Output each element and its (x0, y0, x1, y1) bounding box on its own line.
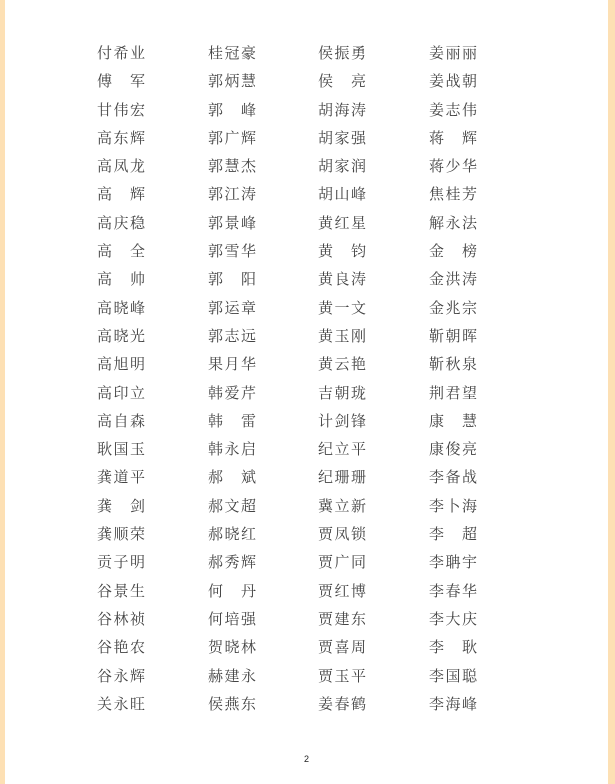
name-entry: 黄云艳 (318, 350, 366, 378)
name-entry: 甘伟宏 (97, 96, 145, 124)
name-entry: 李聃宇 (429, 548, 477, 576)
name-entry: 解永法 (429, 209, 477, 237)
name-entry: 李春华 (429, 577, 477, 605)
name-entry: 谷景生 (97, 577, 145, 605)
name-entry: 高自森 (97, 407, 145, 435)
name-entry: 韩永启 (208, 435, 256, 463)
document-page: 付希业傅军甘伟宏高东辉高凤龙高辉高庆稳高全高帅高晓峰高晓光高旭明高印立高自森耿国… (5, 0, 608, 784)
name-entry: 金兆宗 (429, 294, 477, 322)
name-entry: 贾玉平 (318, 662, 366, 690)
name-column-4: 姜丽丽姜战朝姜志伟蒋辉蒋少华焦桂芳解永法金榜金洪涛金兆宗靳朝晖靳秋泉荆君望康慧康… (429, 39, 477, 718)
name-entry: 贺晓林 (208, 633, 256, 661)
name-entry: 何培强 (208, 605, 256, 633)
name-entry: 胡家润 (318, 152, 366, 180)
name-entry: 侯燕东 (208, 690, 256, 718)
name-entry: 谷艳农 (97, 633, 145, 661)
name-entry: 果月华 (208, 350, 256, 378)
name-column-2: 桂冠豪郭炳慧郭峰郭广辉郭慧杰郭江涛郭景峰郭雪华郭阳郭运章郭志远果月华韩爱芹韩雷韩… (208, 39, 256, 718)
name-entry: 龚道平 (97, 463, 145, 491)
name-entry: 龚剑 (97, 492, 145, 520)
name-entry: 关永旺 (97, 690, 145, 718)
name-entry: 高印立 (97, 379, 145, 407)
name-column-3: 侯振勇侯亮胡海涛胡家强胡家润胡山峰黄红星黄钧黄良涛黄一文黄玉刚黄云艳吉朝珑计剑锋… (318, 39, 366, 718)
name-entry: 黄钧 (318, 237, 366, 265)
name-entry: 姜春鹤 (318, 690, 366, 718)
name-entry: 李耿 (429, 633, 477, 661)
name-entry: 贾广同 (318, 548, 366, 576)
name-entry: 郭运章 (208, 294, 256, 322)
name-entry: 贾红博 (318, 577, 366, 605)
name-entry: 贡子明 (97, 548, 145, 576)
name-entry: 高东辉 (97, 124, 145, 152)
name-entry: 焦桂芳 (429, 180, 477, 208)
name-column-1: 付希业傅军甘伟宏高东辉高凤龙高辉高庆稳高全高帅高晓峰高晓光高旭明高印立高自森耿国… (97, 39, 145, 718)
name-entry: 高晓峰 (97, 294, 145, 322)
name-entry: 黄良涛 (318, 265, 366, 293)
name-entry: 谷林祯 (97, 605, 145, 633)
name-entry: 纪立平 (318, 435, 366, 463)
name-entry: 冀立新 (318, 492, 366, 520)
page-number: 2 (5, 754, 608, 764)
name-entry: 高庆稳 (97, 209, 145, 237)
name-entry: 姜志伟 (429, 96, 477, 124)
name-entry: 侯亮 (318, 67, 366, 95)
name-entry: 郝斌 (208, 463, 256, 491)
name-entry: 荆君望 (429, 379, 477, 407)
name-entry: 韩雷 (208, 407, 256, 435)
name-entry: 高帅 (97, 265, 145, 293)
name-entry: 康慧 (429, 407, 477, 435)
name-entry: 康俊亮 (429, 435, 477, 463)
name-entry: 李国聪 (429, 662, 477, 690)
name-entry: 胡海涛 (318, 96, 366, 124)
name-entry: 吉朝珑 (318, 379, 366, 407)
name-entry: 郭慧杰 (208, 152, 256, 180)
name-entry: 靳秋泉 (429, 350, 477, 378)
name-entry: 郝晓红 (208, 520, 256, 548)
name-entry: 郭峰 (208, 96, 256, 124)
name-entry: 胡家强 (318, 124, 366, 152)
name-entry: 龚顺荣 (97, 520, 145, 548)
name-entry: 姜丽丽 (429, 39, 477, 67)
name-entry: 李卜海 (429, 492, 477, 520)
name-entry: 高全 (97, 237, 145, 265)
name-entry: 黄红星 (318, 209, 366, 237)
name-entry: 韩爱芹 (208, 379, 256, 407)
name-entry: 贾喜周 (318, 633, 366, 661)
name-entry: 郭广辉 (208, 124, 256, 152)
name-entry: 蒋少华 (429, 152, 477, 180)
name-entry: 郭雪华 (208, 237, 256, 265)
name-entry: 金洪涛 (429, 265, 477, 293)
name-entry: 郭江涛 (208, 180, 256, 208)
name-entry: 耿国玉 (97, 435, 145, 463)
name-entry: 蒋辉 (429, 124, 477, 152)
name-entry: 高晓光 (97, 322, 145, 350)
name-entry: 谷永辉 (97, 662, 145, 690)
name-entry: 贾凤锁 (318, 520, 366, 548)
name-entry: 傅军 (97, 67, 145, 95)
name-entry: 金榜 (429, 237, 477, 265)
name-entry: 纪珊珊 (318, 463, 366, 491)
name-entry: 付希业 (97, 39, 145, 67)
name-entry: 何丹 (208, 577, 256, 605)
name-entry: 胡山峰 (318, 180, 366, 208)
name-entry: 计剑锋 (318, 407, 366, 435)
name-entry: 高辉 (97, 180, 145, 208)
name-entry: 侯振勇 (318, 39, 366, 67)
name-entry: 高旭明 (97, 350, 145, 378)
name-entry: 黄一文 (318, 294, 366, 322)
name-entry: 李海峰 (429, 690, 477, 718)
name-entry: 郭阳 (208, 265, 256, 293)
name-entry: 郝文超 (208, 492, 256, 520)
name-entry: 郭志远 (208, 322, 256, 350)
name-entry: 桂冠豪 (208, 39, 256, 67)
name-entry: 靳朝晖 (429, 322, 477, 350)
name-entry: 赫建永 (208, 662, 256, 690)
name-entry: 郝秀辉 (208, 548, 256, 576)
name-entry: 黄玉刚 (318, 322, 366, 350)
name-entry: 郭景峰 (208, 209, 256, 237)
name-entry: 贾建东 (318, 605, 366, 633)
name-entry: 高凤龙 (97, 152, 145, 180)
name-entry: 李超 (429, 520, 477, 548)
name-entry: 姜战朝 (429, 67, 477, 95)
name-entry: 郭炳慧 (208, 67, 256, 95)
name-entry: 李大庆 (429, 605, 477, 633)
name-entry: 李备战 (429, 463, 477, 491)
